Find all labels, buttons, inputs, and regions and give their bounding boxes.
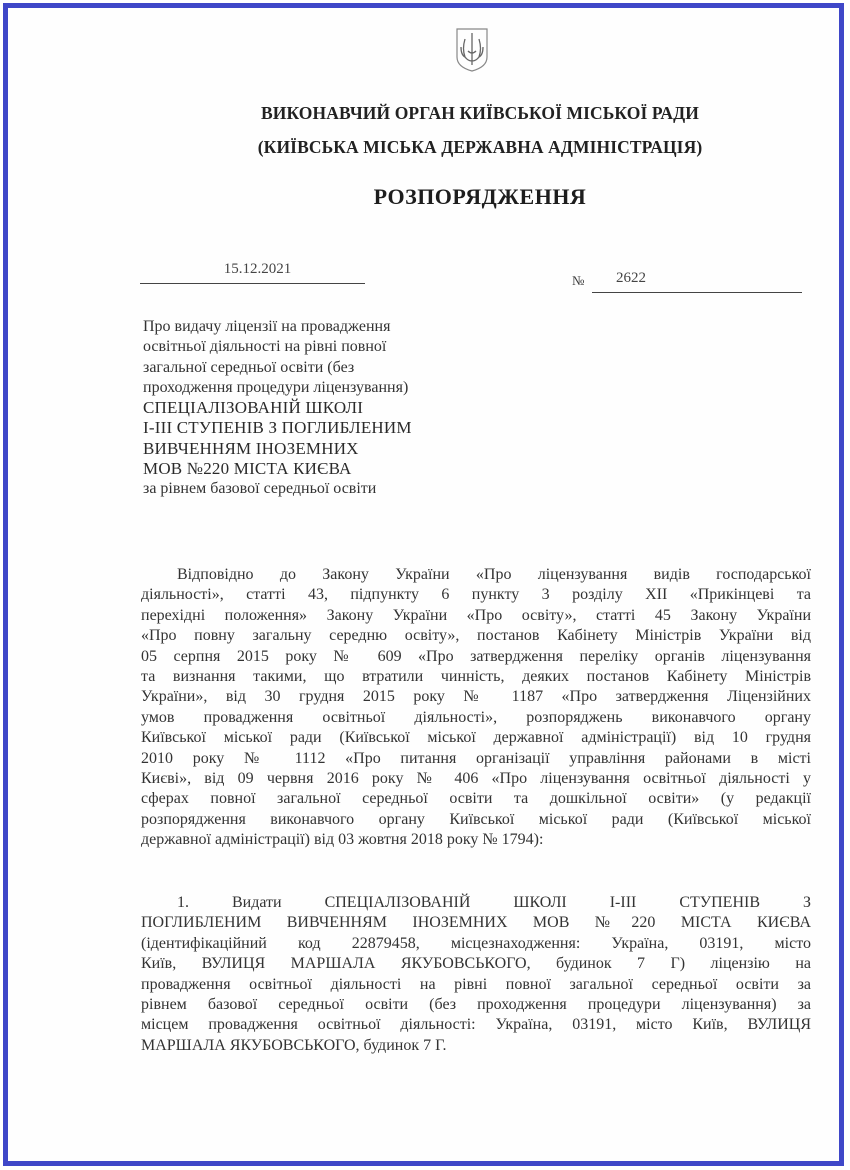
preamble-line: Відповідно до Закону України «Про ліценз… [141, 565, 811, 585]
preamble-paragraph: Відповідно до Закону України «Про ліценз… [141, 565, 811, 851]
recipient-line: ВИВЧЕННЯМ ІНОЗЕМНИХ [143, 439, 483, 459]
recipient-line: СПЕЦІАЛІЗОВАНІЙ ШКОЛІ [143, 398, 483, 418]
preamble-line: 05 серпня 2015 року № 609 «Про затвердже… [141, 647, 811, 667]
preamble-line: державної адміністрації) від 03 жовтня 2… [141, 830, 811, 850]
preamble-line: 2010 року № 1112 «Про питання організаці… [141, 749, 811, 769]
clause-line: рівнем базової середньої освіти (без про… [141, 995, 811, 1015]
subject-line: Про видачу ліцензії на провадження [143, 317, 483, 337]
preamble-line: Києві», від 09 червня 2016 року № 406 «П… [141, 769, 811, 789]
education-level-line: за рівнем базової середньої освіти [143, 479, 483, 499]
preamble-line: «Про повну загальну середню освіту», пос… [141, 626, 811, 646]
number-label: № [572, 273, 584, 289]
preamble-line: перехідні положення» Закону України «Про… [141, 606, 811, 626]
subject-line: освітньої діяльності на рівні повної [143, 337, 483, 357]
document-date: 15.12.2021 [140, 261, 365, 284]
clause-line: Київ, ВУЛИЦЯ МАРШАЛА ЯКУБОВСЬКОГО, будин… [141, 954, 811, 974]
subject-block: Про видачу ліцензії на провадження освіт… [143, 317, 483, 500]
recipient-line: МОВ №220 МІСТА КИЄВА [143, 459, 483, 479]
issuer-name: ВИКОНАВЧИЙ ОРГАН КИЇВСЬКОЇ МІСЬКОЇ РАДИ [0, 103, 850, 124]
preamble-line: України», від 30 грудня 2015 року № 1187… [141, 687, 811, 707]
preamble-line: Київської міської ради (Київської місько… [141, 728, 811, 748]
clause-1-paragraph: 1. Видати СПЕЦІАЛІЗОВАНІЙ ШКОЛІ І-ІІІ СТ… [141, 893, 811, 1056]
coat-of-arms-icon [455, 27, 489, 73]
preamble-line: діяльності», статті 43, підпункту 6 пунк… [141, 585, 811, 605]
preamble-line: умов провадження освітньої діяльності», … [141, 708, 811, 728]
preamble-line: сферах повної загальної середньої освіти… [141, 789, 811, 809]
subject-line: проходження процедури ліцензування) [143, 378, 483, 398]
subject-line: загальної середньої освіти (без [143, 358, 483, 378]
recipient-line: І-ІІІ СТУПЕНІВ З ПОГЛИБЛЕНИМ [143, 418, 483, 438]
clause-line: місцем провадження освітньої діяльності:… [141, 1015, 811, 1035]
clause-line: 1. Видати СПЕЦІАЛІЗОВАНІЙ ШКОЛІ І-ІІІ СТ… [141, 893, 811, 913]
clause-line: провадження освітньої діяльності на рівн… [141, 975, 811, 995]
issuer-subtitle: (КИЇВСЬКА МІСЬКА ДЕРЖАВНА АДМІНІСТРАЦІЯ) [0, 137, 850, 158]
document-page: ВИКОНАВЧИЙ ОРГАН КИЇВСЬКОЇ МІСЬКОЇ РАДИ … [0, 0, 850, 1170]
document-number-field: 2622 [592, 266, 802, 293]
clause-line: МАРШАЛА ЯКУБОВСЬКОГО, будинок 7 Г. [141, 1036, 811, 1056]
document-type-title: РОЗПОРЯДЖЕННЯ [0, 184, 850, 210]
clause-line: ПОГЛИБЛЕНИМ ВИВЧЕННЯМ ІНОЗЕМНИХ МОВ №220… [141, 913, 811, 933]
preamble-line: розпорядження виконавчого органу Київськ… [141, 810, 811, 830]
preamble-line: та визнання такими, що втратили чинність… [141, 667, 811, 687]
document-number: 2622 [616, 270, 646, 287]
clause-line: (ідентифікаційний код 22879458, місцезна… [141, 934, 811, 954]
